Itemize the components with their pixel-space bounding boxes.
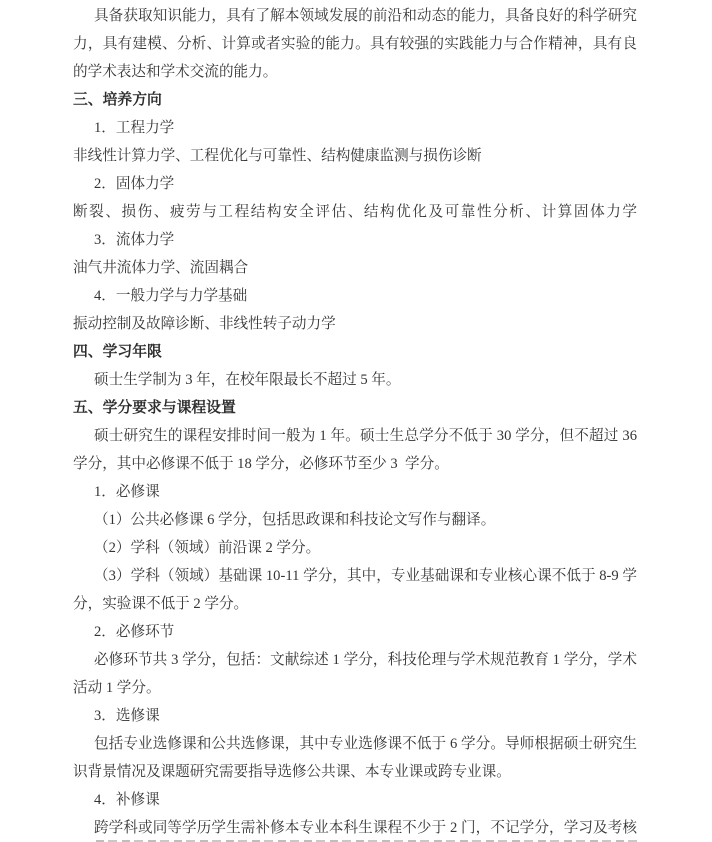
text-line: 学分，其中必修课不低于 18 学分，必修环节至少 3 学分。 (73, 450, 637, 478)
text-line: 活动 1 学分。 (73, 674, 637, 702)
paragraph: 1．工程力学 (73, 114, 637, 142)
text-line: （2）学科（领域）前沿课 2 学分。 (73, 534, 637, 562)
heading-text-line: 三、培养方向 (73, 86, 637, 114)
text-line: 力，具有建模、分析、计算或者实验的能力。具有较强的实践能力与合作精神，具有良好 (73, 30, 637, 58)
text-line: 的学术表达和学术交流的能力。 (73, 58, 637, 86)
text-line: 具备获取知识能力，具有了解本领域发展的前沿和动态的能力，具备良好的科学研究能 (73, 2, 637, 30)
paragraph: 振动控制及故障诊断、非线性转子动力学 (73, 310, 637, 338)
text-line: 非线性计算力学、工程优化与可靠性、结构健康监测与损伤诊断 (73, 142, 637, 170)
text-line: 跨学科或同等学历学生需补修本专业本科生课程不少于 2 门，不记学分，学习及考核应 (73, 814, 637, 842)
text-line: 振动控制及故障诊断、非线性转子动力学 (73, 310, 637, 338)
section-heading: 五、学分要求与课程设置 (73, 394, 637, 422)
text-line: 分，实验课不低于 2 学分。 (73, 590, 637, 618)
text-line: 油气井流体力学、流固耦合 (73, 254, 637, 282)
paragraph: 跨学科或同等学历学生需补修本专业本科生课程不少于 2 门，不记学分，学习及考核应 (73, 814, 637, 842)
text-line: 必修环节共 3 学分，包括：文献综述 1 学分，科技伦理与学术规范教育 1 学分… (73, 646, 637, 674)
text-line: 1．必修课 (73, 478, 637, 506)
document-page: 具备获取知识能力，具有了解本领域发展的前沿和动态的能力，具备良好的科学研究能力，… (0, 0, 712, 842)
text-line: 识背景情况及课题研究需要指导选修公共课、本专业课或跨专业课。 (73, 758, 637, 786)
text-line: 1．工程力学 (73, 114, 637, 142)
paragraph: （2）学科（领域）前沿课 2 学分。 (73, 534, 637, 562)
paragraph: 硕士生学制为 3 年，在校年限最长不超过 5 年。 (73, 366, 637, 394)
paragraph: （3）学科（领域）基础课 10-11 学分，其中，专业基础课和专业核心课不低于 … (73, 562, 637, 618)
heading-text-line: 四、学习年限 (73, 338, 637, 366)
paragraph: 具备获取知识能力，具有了解本领域发展的前沿和动态的能力，具备良好的科学研究能力，… (73, 2, 637, 86)
text-line: 4．一般力学与力学基础 (73, 282, 637, 310)
text-line: 3．选修课 (73, 702, 637, 730)
section-heading: 四、学习年限 (73, 338, 637, 366)
paragraph: 非线性计算力学、工程优化与可靠性、结构健康监测与损伤诊断 (73, 142, 637, 170)
text-line: （1）公共必修课 6 学分，包括思政课和科技论文写作与翻译。 (73, 506, 637, 534)
section-heading: 三、培养方向 (73, 86, 637, 114)
paragraph: 硕士研究生的课程安排时间一般为 1 年。硕士生总学分不低于 30 学分，但不超过… (73, 422, 637, 478)
text-line: 3．流体力学 (73, 226, 637, 254)
paragraph: 3．流体力学 (73, 226, 637, 254)
paragraph: 3．选修课 (73, 702, 637, 730)
text-line: 包括专业选修课和公共选修课，其中专业选修课不低于 6 学分。导师根据硕士研究生知 (73, 730, 637, 758)
paragraph: 必修环节共 3 学分，包括：文献综述 1 学分，科技伦理与学术规范教育 1 学分… (73, 646, 637, 702)
text-line: 2．固体力学 (73, 170, 637, 198)
document-content: 具备获取知识能力，具有了解本领域发展的前沿和动态的能力，具备良好的科学研究能力，… (0, 0, 712, 842)
paragraph: （1）公共必修课 6 学分，包括思政课和科技论文写作与翻译。 (73, 506, 637, 534)
text-line: 4．补修课 (73, 786, 637, 814)
paragraph: 4．补修课 (73, 786, 637, 814)
paragraph: 2．固体力学 (73, 170, 637, 198)
text-line: 断裂、损伤、疲劳与工程结构安全评估、结构优化及可靠性分析、计算固体力学 (73, 198, 637, 226)
text-line: 2．必修环节 (73, 618, 637, 646)
heading-text-line: 五、学分要求与课程设置 (73, 394, 637, 422)
paragraph: 1．必修课 (73, 478, 637, 506)
paragraph: 油气井流体力学、流固耦合 (73, 254, 637, 282)
paragraph: 包括专业选修课和公共选修课，其中专业选修课不低于 6 学分。导师根据硕士研究生知… (73, 730, 637, 786)
text-line: 硕士生学制为 3 年，在校年限最长不超过 5 年。 (73, 366, 637, 394)
paragraph: 2．必修环节 (73, 618, 637, 646)
text-line: （3）学科（领域）基础课 10-11 学分，其中，专业基础课和专业核心课不低于 … (73, 562, 637, 590)
text-line: 硕士研究生的课程安排时间一般为 1 年。硕士生总学分不低于 30 学分，但不超过… (73, 422, 637, 450)
paragraph: 断裂、损伤、疲劳与工程结构安全评估、结构优化及可靠性分析、计算固体力学 (73, 198, 637, 226)
paragraph: 4．一般力学与力学基础 (73, 282, 637, 310)
